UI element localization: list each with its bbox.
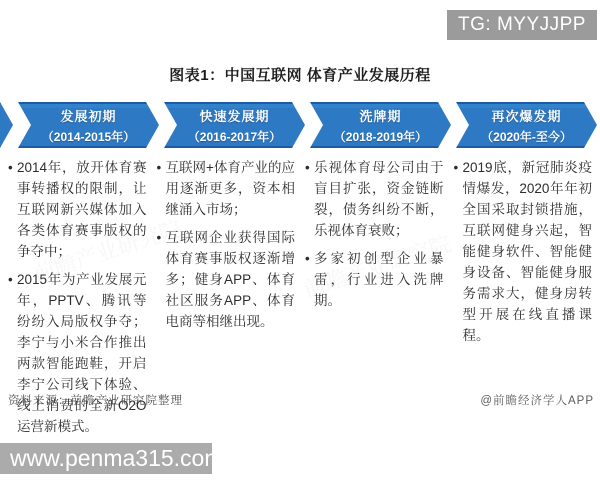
bullet-item: • 2019底，新冠肺炎疫情爆发，2020年年初全国采取封锁措施，互联网健身兴起… <box>454 157 593 346</box>
phase-arrow-3: 洗牌期 （2018-2019年） <box>310 102 451 148</box>
phase-name: 发展初期 <box>60 106 116 125</box>
bullet-item: • 多家初创型企业暴雷，行业进入洗牌期。 <box>305 248 444 311</box>
bullet-dot-icon: • <box>454 157 459 178</box>
bullet-item: • 2014年，放开体育赛事转播权的限制，让互联网新兴媒体加入各类体育赛事版权的… <box>8 157 147 262</box>
bullet-dot-icon: • <box>8 269 13 290</box>
phase-column-3: • 乐视体育母公司由于盲目扩张，资金链断裂，债务纠纷不断，乐视体育衰败； • 多… <box>305 157 444 437</box>
arrow-lead-chevron-icon <box>0 102 13 148</box>
bullet-dot-icon: • <box>157 157 162 178</box>
site-watermark-bar: www.penma315.com <box>0 443 212 474</box>
credit-note: @前瞻经济学人APP <box>480 392 594 408</box>
bullet-text: 乐视体育母公司由于盲目扩张，资金链断裂，债务纠纷不断，乐视体育衰败； <box>314 160 444 238</box>
bullet-text: 互联网企业获得国际体育赛事版权逐渐增多；健身APP、体育社区服务APP、体育电商… <box>166 230 296 329</box>
data-source-note: 资料来源：前瞻产业研究院整理 <box>8 392 183 408</box>
bullet-text: 2014年，放开体育赛事转播权的限制，让互联网新兴媒体加入各类体育赛事版权的争夺… <box>17 160 147 259</box>
bullet-dot-icon: • <box>305 157 310 178</box>
phase-years: （2018-2019年） <box>334 128 427 145</box>
chart-title: 图表1：中国互联网 体育产业发展历程 <box>0 64 600 85</box>
phase-arrow-band: 发展初期 （2014-2015年） 快速发展期 （2016-2017年） 洗牌期… <box>0 102 597 148</box>
phase-arrow-2: 快速发展期 （2016-2017年） <box>164 102 305 148</box>
bullet-dot-icon: • <box>305 248 310 269</box>
phase-years: （2020年-至今） <box>481 128 572 145</box>
phase-name: 快速发展期 <box>199 106 269 125</box>
bullet-item: • 互联网+体育产业的应用逐渐更多，资本相继涌入市场； <box>157 157 296 220</box>
bullet-dot-icon: • <box>157 227 162 248</box>
phase-years: （2014-2015年） <box>42 128 135 145</box>
bullet-dot-icon: • <box>8 157 13 178</box>
tg-overlay-badge: TG: MYYJJPP <box>447 10 597 40</box>
phase-arrow-1: 发展初期 （2014-2015年） <box>18 102 159 148</box>
bullet-item: • 乐视体育母公司由于盲目扩张，资金链断裂，债务纠纷不断，乐视体育衰败； <box>305 157 444 241</box>
bullet-item: • 2015年为产业发展元年，PPTV、腾讯等纷纷入局版权争夺；李宁与小米合作推… <box>8 269 147 437</box>
phase-arrow-4: 再次爆发期 （2020年-至今） <box>456 102 597 148</box>
bullet-text: 2019底，新冠肺炎疫情爆发，2020年年初全国采取封锁措施，互联网健身兴起，智… <box>463 160 593 343</box>
phase-years: （2016-2017年） <box>188 128 281 145</box>
phase-name: 洗牌期 <box>359 106 401 125</box>
phase-name: 再次爆发期 <box>491 106 561 125</box>
bullet-text: 互联网+体育产业的应用逐渐更多，资本相继涌入市场； <box>166 160 296 217</box>
bullet-text: 多家初创型企业暴雷，行业进入洗牌期。 <box>314 251 444 308</box>
infographic-canvas: 前瞻产业研究院 前瞻产业研究院 TG: MYYJJPP 图表1：中国互联网 体育… <box>0 0 600 480</box>
bullet-text: 2015年为产业发展元年，PPTV、腾讯等纷纷入局版权争夺；李宁与小米合作推出两… <box>17 272 147 434</box>
bullet-item: • 互联网企业获得国际体育赛事版权逐渐增多；健身APP、体育社区服务APP、体育… <box>157 227 296 332</box>
